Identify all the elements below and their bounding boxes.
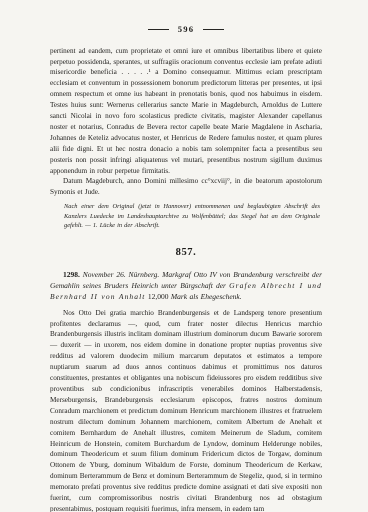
regest-date: 1298. <box>63 270 80 279</box>
regest-segment-2: Mark als Ehegeschenk. <box>171 292 242 301</box>
page-header: 596 <box>50 25 322 34</box>
charter-text-paragraph: Nos Otto Dei gratia marchio Brandenburge… <box>50 308 322 512</box>
source-note: Nach einer dem Original (jetzt in Hannov… <box>64 202 320 231</box>
charter-continuation-paragraph: pertinent ad eandem, cum proprietate et … <box>50 46 322 177</box>
regest-amount: 12,000 <box>145 292 170 301</box>
page-number: 596 <box>178 25 195 34</box>
scanned-book-page: 596 pertinent ad eandem, cum proprietate… <box>0 0 368 512</box>
header-dash-left <box>148 29 169 31</box>
entry-number-heading: 857. <box>50 247 322 258</box>
header-dash-right <box>203 29 224 31</box>
datum-paragraph: Datum Magdeburch, anno Domini millesimo … <box>50 176 322 198</box>
regest-paragraph: 1298. November 26. Nürnberg. Markgraf Ot… <box>50 269 322 303</box>
